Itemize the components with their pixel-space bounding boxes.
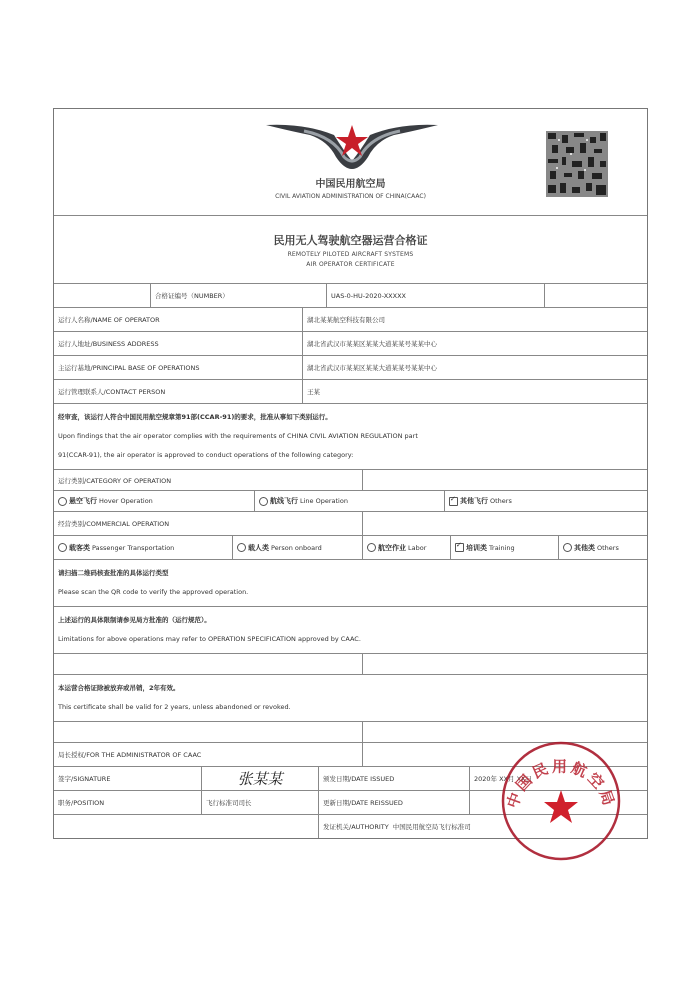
category-option-others[interactable]: 其他飞行 Others [444, 491, 647, 511]
qr-note-cn: 请扫描二维码核查批准的具体运行类型 [58, 564, 643, 583]
certificate: 中国民用航空局 CIVIL AVIATION ADMINISTRATION OF… [53, 108, 648, 839]
field-row-business-address: 运行人地址/BUSINESS ADDRESS 湖北省武汉市某某区某某大道某某号某… [54, 331, 647, 355]
blank-cell [362, 470, 647, 490]
authority-label: 发证机关/AUTHORITY [323, 822, 389, 831]
category-header-row: 运行类别/CATEGORY OF OPERATION [54, 469, 647, 490]
validity-en: This certificate shall be valid for 2 ye… [58, 698, 643, 717]
authority: 发证机关/AUTHORITY 中国民用航空局飞行标准司 [318, 815, 647, 838]
blank-cell [362, 654, 647, 674]
field-value: 湖北省武汉市某某区某某大道某某号某某中心 [302, 332, 647, 355]
blank-cell [54, 654, 362, 674]
statement-row: 经审查，该运行人符合中国民用航空规章第91部(CCAR-91)的要求，批准从事如… [54, 403, 647, 469]
number-label: 合格证编号（NUMBER） [150, 284, 326, 307]
commercial-option-person-onboard[interactable]: 载人类 Person onboard [232, 536, 362, 559]
qr-code-icon[interactable] [546, 131, 608, 197]
admin-row: 局长授权/FOR THE ADMINISTRATOR OF CAAC [54, 742, 647, 766]
blank-cell [54, 815, 318, 838]
position-row: 职务/POSITION 飞行标准司司长 更新日期/DATE REISSUED [54, 790, 647, 814]
number-value: UAS-0-HU-2020-XXXXX [326, 284, 544, 307]
blank-cell [54, 722, 362, 742]
field-value: 王某 [302, 380, 647, 403]
category-option-hover[interactable]: 悬空飞行 Hover Operation [54, 491, 254, 511]
number-row: 合格证编号（NUMBER） UAS-0-HU-2020-XXXXX [54, 283, 647, 307]
caac-logo-icon [264, 121, 440, 171]
field-value: 湖北省武汉市某某区某某大道某某号某某中心 [302, 356, 647, 379]
limitations: 上述运行的具体限制请参见局方批准的（运行规范）。 Limitations for… [54, 607, 647, 653]
signature-value: 张某某 [201, 767, 318, 790]
radio-icon[interactable] [237, 543, 246, 552]
commercial-label: 经营类别/COMMERCIAL OPERATION [54, 512, 362, 535]
title-cn: 民用无人驾驶航空器运营合格证 [54, 232, 647, 248]
field-value: 湖北某某航空科技有限公司 [302, 308, 647, 331]
blank-cell [362, 512, 647, 535]
radio-icon[interactable] [367, 543, 376, 552]
certificate-title: 民用无人驾驶航空器运营合格证 REMOTELY PILOTED AIRCRAFT… [54, 215, 647, 283]
radio-icon[interactable] [58, 497, 67, 506]
commercial-option-labor[interactable]: 航空作业 Labor [362, 536, 450, 559]
validity-cn: 本运营合格证除被放弃或吊销，2年有效。 [58, 679, 643, 698]
field-label: 运行管理联系人/CONTACT PERSON [54, 380, 302, 403]
commercial-option-others[interactable]: 其他类 Others [558, 536, 647, 559]
radio-icon[interactable] [259, 497, 268, 506]
blank-cell [54, 284, 150, 307]
checkbox-checked-icon[interactable] [455, 543, 464, 552]
radio-icon[interactable] [563, 543, 572, 552]
title-en-line2: AIR OPERATOR CERTIFICATE [54, 261, 647, 268]
limitations-cn: 上述运行的具体限制请参见局方批准的（运行规范）。 [58, 611, 643, 630]
authority-row: 发证机关/AUTHORITY 中国民用航空局飞行标准司 [54, 814, 647, 838]
statement-cn: 经审查，该运行人符合中国民用航空规章第91部(CCAR-91)的要求，批准从事如… [58, 408, 643, 427]
certificate-header: 中国民用航空局 CIVIL AVIATION ADMINISTRATION OF… [54, 109, 647, 215]
blank-cell [362, 743, 647, 766]
limitations-en: Limitations for above operations may ref… [58, 630, 643, 649]
signature-row: 签字/SIGNATURE 张某某 颁发日期/DATE ISSUED 2020年 … [54, 766, 647, 790]
authority-value: 中国民用航空局飞行标准司 [393, 822, 471, 831]
commercial-options-row: 载客类 Passenger Transportation 载人类 Person … [54, 535, 647, 559]
category-option-line[interactable]: 航线飞行 Line Operation [254, 491, 444, 511]
statement-en-line2: 91(CCAR-91), the air operator is approve… [58, 446, 643, 465]
field-row-contact-person: 运行管理联系人/CONTACT PERSON 王某 [54, 379, 647, 403]
blank-row [54, 653, 647, 674]
blank-cell [544, 284, 647, 307]
category-options-row: 悬空飞行 Hover Operation 航线飞行 Line Operation… [54, 490, 647, 511]
statement: 经审查，该运行人符合中国民用航空规章第91部(CCAR-91)的要求，批准从事如… [54, 404, 647, 469]
date-issued-value: 2020年 XX月 XX日 [469, 767, 647, 790]
commercial-header-row: 经营类别/COMMERCIAL OPERATION [54, 511, 647, 535]
field-label: 主运行基地/PRINCIPAL BASE OF OPERATIONS [54, 356, 302, 379]
statement-en-line1: Upon findings that the air operator comp… [58, 427, 643, 446]
blank-row [54, 721, 647, 742]
position-label: 职务/POSITION [54, 791, 201, 814]
signature-label: 签字/SIGNATURE [54, 767, 201, 790]
qr-note-row: 请扫描二维码核查批准的具体运行类型 Please scan the QR cod… [54, 559, 647, 606]
title-en-line1: REMOTELY PILOTED AIRCRAFT SYSTEMS [54, 251, 647, 258]
validity: 本运营合格证除被放弃或吊销，2年有效。 This certificate sha… [54, 675, 647, 721]
date-reissued-value [469, 791, 647, 814]
limitations-row: 上述运行的具体限制请参见局方批准的（运行规范）。 Limitations for… [54, 606, 647, 653]
radio-icon[interactable] [58, 543, 67, 552]
qr-note: 请扫描二维码核查批准的具体运行类型 Please scan the QR cod… [54, 560, 647, 606]
validity-row: 本运营合格证除被放弃或吊销，2年有效。 This certificate sha… [54, 674, 647, 721]
category-label: 运行类别/CATEGORY OF OPERATION [54, 470, 362, 490]
date-reissued-label: 更新日期/DATE REISSUED [318, 791, 469, 814]
field-label: 运行人地址/BUSINESS ADDRESS [54, 332, 302, 355]
admin-label: 局长授权/FOR THE ADMINISTRATOR OF CAAC [54, 743, 362, 766]
field-row-operator-name: 运行人名称/NAME OF OPERATOR 湖北某某航空科技有限公司 [54, 307, 647, 331]
blank-cell [362, 722, 647, 742]
field-row-principal-base: 主运行基地/PRINCIPAL BASE OF OPERATIONS 湖北省武汉… [54, 355, 647, 379]
checkbox-checked-icon[interactable] [449, 497, 458, 506]
commercial-option-training[interactable]: 培训类 Training [450, 536, 558, 559]
position-value: 飞行标准司司长 [201, 791, 318, 814]
date-issued-label: 颁发日期/DATE ISSUED [318, 767, 469, 790]
qr-note-en: Please scan the QR code to verify the ap… [58, 583, 643, 602]
commercial-option-passenger[interactable]: 载客类 Passenger Transportation [54, 536, 232, 559]
field-label: 运行人名称/NAME OF OPERATOR [54, 308, 302, 331]
